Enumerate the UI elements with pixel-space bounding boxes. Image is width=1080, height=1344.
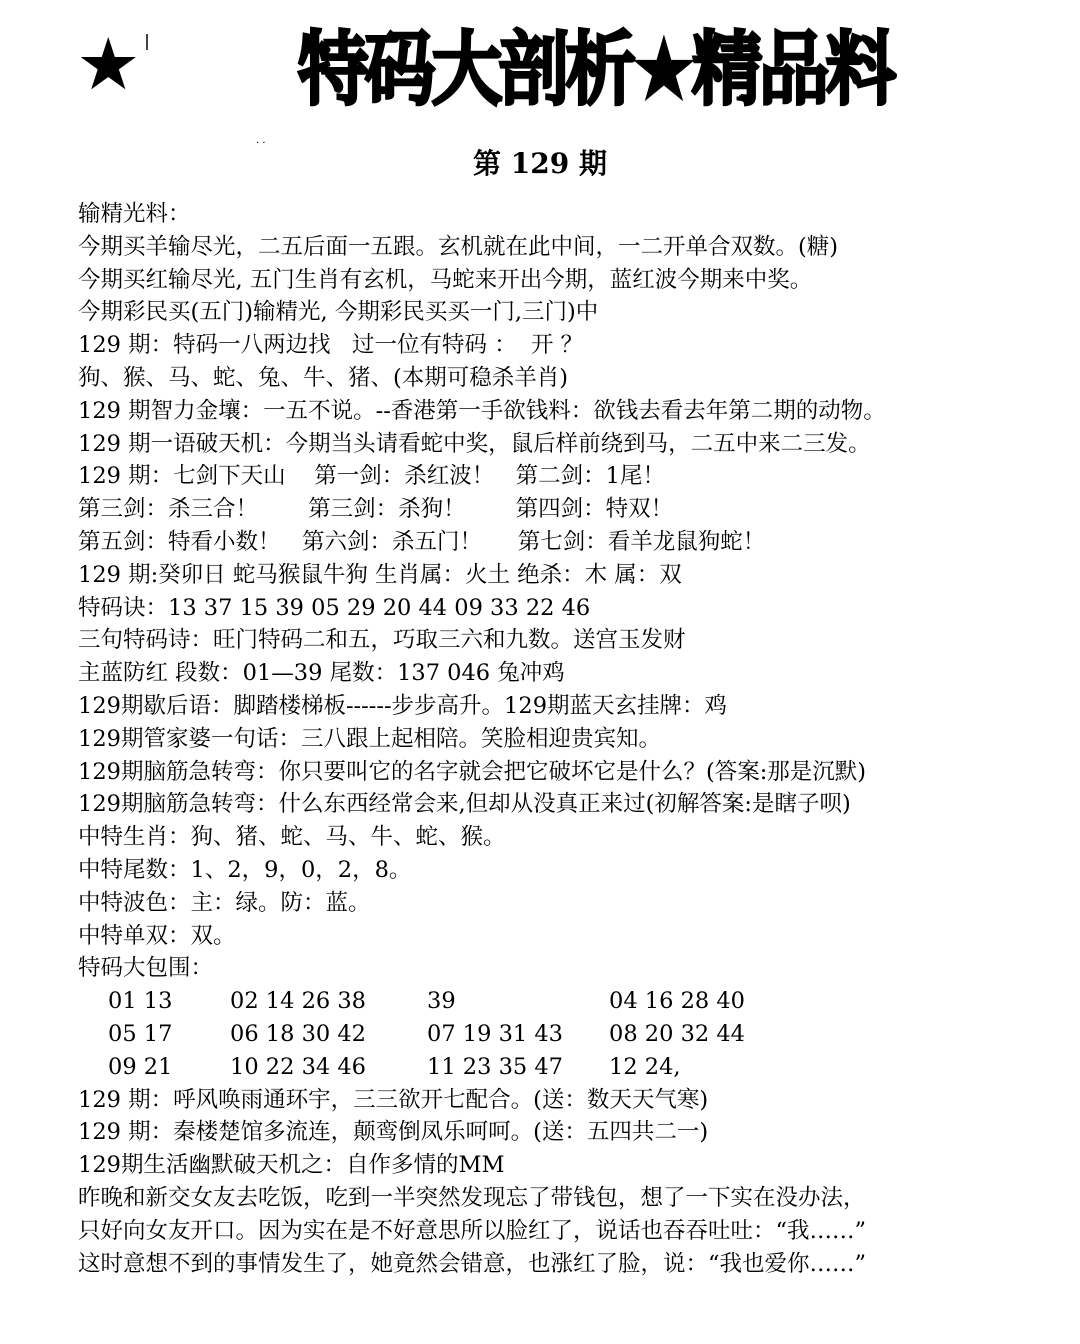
text-line: 中特生肖：狗、猪、蛇、马、牛、蛇、猴。 — [78, 821, 1038, 854]
text-line: 三句特码诗：旺门特码二和五，巧取三六和九数。送宫玉发财 — [78, 624, 1038, 657]
scan-mark — [146, 34, 148, 50]
grid-row: 09 21 10 22 34 46 11 23 35 47 12 24, — [78, 1051, 1038, 1084]
text-line: 第五剑：特看小数！ 第六剑：杀五门！ 第七剑：看羊龙鼠狗蛇！ — [78, 526, 1038, 559]
grid-cell: 09 21 — [78, 1051, 230, 1084]
text-line: 中特尾数：1、2，9，0，2，8。 — [78, 854, 1038, 887]
text-line: 129 期：秦楼楚馆多流连，颠鸾倒凤乐呵呵。(送：五四共二一) — [78, 1116, 1038, 1149]
grid-cell: 05 17 — [78, 1018, 230, 1051]
page-header: ★ 特码大剖析★精品料 · · 第 129 期 — [0, 0, 1080, 140]
text-line: 这时意想不到的事情发生了，她竟然会错意，也涨红了脸，说：“我也爱你……” — [78, 1248, 1038, 1281]
grid-cell: 02 14 26 38 — [230, 985, 427, 1018]
text-line: 今期买红输尽光, 五门生肖有玄机，马蛇来开出今期，蓝红波今期来中奖。 — [78, 264, 1038, 297]
text-line: 129期脑筋急转弯：什么东西经常会来,但却从没真正来过(初解答案:是瞎子呗) — [78, 788, 1038, 821]
text-line: 狗、猴、马、蛇、兔、牛、猪、(本期可稳杀羊肖) — [78, 362, 1038, 395]
text-line: 129期管家婆一句话：三八跟上起相陪。笑脸相迎贵宾知。 — [78, 723, 1038, 756]
text-line: 第三剑：杀三合！ 第三剑：杀狗！ 第四剑：特双！ — [78, 493, 1038, 526]
grid-cell: 06 18 30 42 — [230, 1018, 427, 1051]
text-line: 中特波色：主：绿。防：蓝。 — [78, 887, 1038, 920]
grid-cell: 10 22 34 46 — [230, 1051, 427, 1084]
grid-row: 05 17 06 18 30 42 07 19 31 43 08 20 32 4… — [78, 1018, 1038, 1051]
text-line: 129期脑筋急转弯：你只要叫它的名字就会把它破坏它是什么？(答案:那是沉默) — [78, 756, 1038, 789]
number-grid: 01 13 02 14 26 38 39 04 16 28 40 05 17 0… — [78, 985, 1038, 1083]
document-body: 输精光料： 今期买羊输尽光，二五后面一五跟。玄机就在此中间，一二开单合双数。(糖… — [78, 198, 1038, 1280]
text-line: 中特单双：双。 — [78, 920, 1038, 953]
issue-number: 第 129 期 — [0, 146, 1080, 182]
text-line: 129 期：呼风唤雨通环宇，三三欲开七配合。(送：数天天气寒) — [78, 1084, 1038, 1117]
text-line: 129 期：特码一八两边找 过一位有特码 ： 开 ？ — [78, 329, 1038, 362]
text-line: 129 期:癸卯日 蛇马猴鼠牛狗 生肖属：火土 绝杀：木 属：双 — [78, 559, 1038, 592]
text-line: 昨晚和新交女友去吃饭，吃到一半突然发现忘了带钱包，想了一下实在没办法， — [78, 1182, 1038, 1215]
grid-cell: 01 13 — [78, 985, 230, 1018]
star-icon: ★ — [76, 28, 141, 100]
grid-cell: 07 19 31 43 — [427, 1018, 609, 1051]
text-line: 特码大包围： — [78, 952, 1038, 985]
grid-cell: 04 16 28 40 — [609, 985, 809, 1018]
text-line: 主蓝防红 段数：01—39 尾数：137 046 兔冲鸡 — [78, 657, 1038, 690]
grid-cell: 08 20 32 44 — [609, 1018, 809, 1051]
text-line: 输精光料： — [78, 198, 1038, 231]
text-line: 129 期一语破天机：今期当头请看蛇中奖，鼠后样前绕到马，二五中来二三发。 — [78, 428, 1038, 461]
text-line: 129 期智力金壤：一五不说。--香港第一手欲钱料：欲钱去看去年第二期的动物。 — [78, 395, 1038, 428]
text-line: 129 期：七剑下天山 第一剑：杀红波！ 第二剑：1尾！ — [78, 460, 1038, 493]
text-line: 特码诀：13 37 15 39 05 29 20 44 09 33 22 46 — [78, 592, 1038, 625]
grid-cell: 39 — [427, 985, 609, 1018]
text-line: 今期买羊输尽光，二五后面一五跟。玄机就在此中间，一二开单合双数。(糖) — [78, 231, 1038, 264]
text-line: 129期生活幽默破天机之：自作多情的MM — [78, 1149, 1038, 1182]
text-line: 今期彩民买(五门)输精光, 今期彩民买买一门,三门)中 — [78, 296, 1038, 329]
text-line: 129期歇后语：脚踏楼梯板------步步高升。129期蓝天玄挂牌：鸡 — [78, 690, 1038, 723]
grid-cell: 11 23 35 47 — [427, 1051, 609, 1084]
page-title: 特码大剖析★精品料 — [298, 22, 893, 118]
grid-cell: 12 24, — [609, 1051, 809, 1084]
text-line: 只好向女友开口。因为实在是不好意思所以脸红了，说话也吞吞吐吐：“我……” — [78, 1215, 1038, 1248]
grid-row: 01 13 02 14 26 38 39 04 16 28 40 — [78, 985, 1038, 1018]
